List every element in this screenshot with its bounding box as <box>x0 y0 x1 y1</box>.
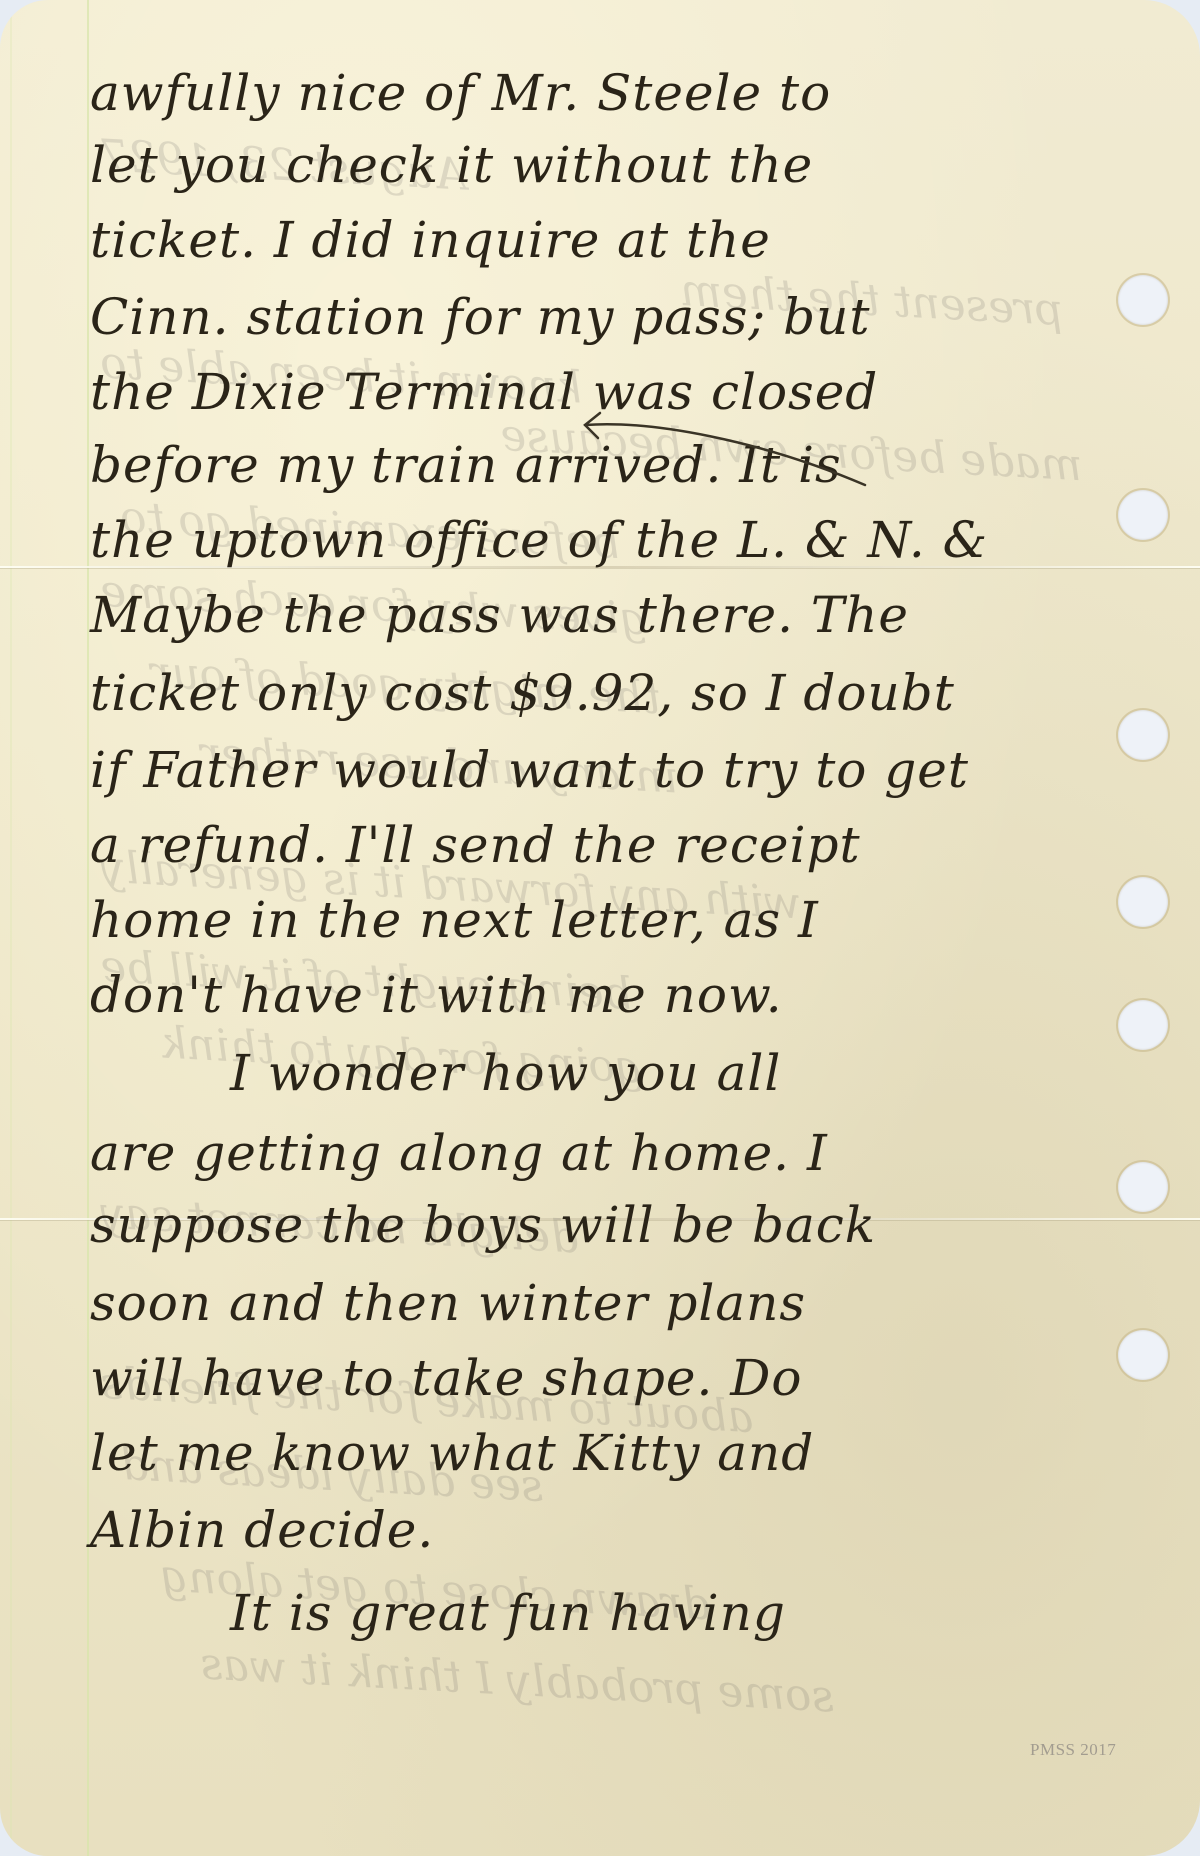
handwritten-line: the Dixie Terminal was closed <box>90 367 878 417</box>
handwritten-line: home in the next letter, as I <box>90 895 819 945</box>
binder-hole <box>1118 490 1168 540</box>
binder-hole <box>1118 1000 1168 1050</box>
handwritten-line: soon and then winter plans <box>90 1278 806 1328</box>
handwritten-line: Albin decide. <box>90 1505 434 1555</box>
binder-hole <box>1118 1162 1168 1212</box>
handwritten-line: suppose the boys will be back <box>90 1200 876 1250</box>
margin-line <box>87 0 89 1856</box>
letter-page: August 23, 1927 present the them known i… <box>0 0 1200 1856</box>
handwritten-line: let me know what Kitty and <box>90 1428 814 1478</box>
binder-hole <box>1118 710 1168 760</box>
handwritten-line: if Father would want to try to get <box>90 745 969 795</box>
handwritten-line: before my train arrived. It is <box>90 440 842 490</box>
handwritten-line: ticket. I did inquire at the <box>90 215 771 265</box>
binder-hole <box>1118 275 1168 325</box>
handwritten-line: will have to take shape. Do <box>90 1353 802 1403</box>
handwritten-line: ticket only cost $9.92, so I doubt <box>90 668 955 718</box>
handwritten-line: a refund. I'll send the receipt <box>90 820 861 870</box>
handwritten-line: Maybe the pass was there. The <box>90 590 909 640</box>
handwritten-line: It is great fun having <box>230 1588 786 1638</box>
margin-line <box>10 0 12 1856</box>
handwritten-line: I wonder how you all <box>230 1048 781 1098</box>
handwritten-line: don't have it with me now. <box>90 970 783 1020</box>
handwritten-line: Cinn. station for my pass; but <box>90 292 870 342</box>
handwritten-line: let you check it without the <box>90 140 813 190</box>
bleed-through-text: some probably I think it was <box>199 1638 835 1722</box>
binder-hole <box>1118 877 1168 927</box>
handwritten-line: awfully nice of Mr. Steele to <box>90 68 831 118</box>
handwritten-line: the uptown office of the L. & N. & <box>90 515 988 565</box>
binder-hole <box>1118 1330 1168 1380</box>
archive-watermark: PMSS 2017 <box>1030 1740 1116 1760</box>
handwritten-line: are getting along at home. I <box>90 1128 828 1178</box>
